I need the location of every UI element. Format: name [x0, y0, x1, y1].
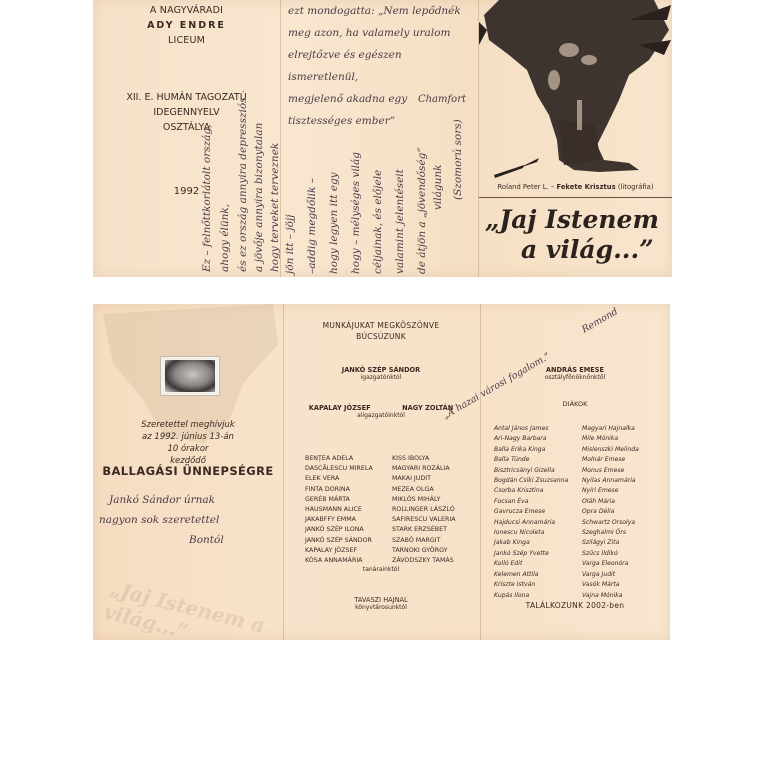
handwritten-note: valamint jelentéseit	[394, 169, 406, 274]
teacher-name: KÓSA ANNAMÁRIA	[305, 556, 388, 566]
class-info: XII. E. HUMÁN TAGOZATÚ IDEGENNYELV OSZTÁ…	[93, 90, 280, 135]
student-name: Balla Tünde	[494, 455, 576, 465]
student-name: Oláh Mária	[582, 497, 664, 507]
class-line-3: OSZTÁLYA	[93, 120, 280, 135]
invitation-inner-sheet: Szeretettel meghívjuk az 1992. június 13…	[93, 304, 670, 640]
dedication-signature: Bontól	[99, 530, 284, 550]
quote-line: meg azon, ha valamely uralom	[288, 22, 468, 44]
director-block: JANKÓ SZÉP SÁNDOR igazgatónktól	[283, 366, 479, 381]
school-line-2: ADY ENDRE	[93, 18, 280, 33]
student-name: Opra Délia	[582, 507, 664, 517]
student-name: Kríszte István	[494, 580, 576, 590]
teacher-name: ELEK VERA	[305, 474, 388, 484]
teacher-name: FINTA DORINA	[305, 485, 388, 495]
graduate-photo	[160, 356, 220, 396]
school-line-1: A NAGYVÁRADI	[93, 3, 280, 18]
invite-line: az 1992. június 13-án	[93, 431, 283, 443]
student-name: Gavrucza Emese	[494, 507, 576, 517]
handwritten-title: „Jaj Istenem a világ...”	[485, 205, 659, 265]
year: 1992	[93, 186, 280, 197]
quote-signature: Chamfort	[418, 94, 466, 105]
invite-line: 10 órakor	[93, 443, 283, 455]
director-name: JANKÓ SZÉP SÁNDOR	[283, 366, 479, 374]
student-name: Csorba Krisztina	[494, 486, 576, 496]
students-panel: Remond ANDRÁS EMESE osztályfőnöknőnktől …	[480, 304, 670, 640]
teacher-name: DASCĂLESCU MIRELA	[305, 464, 388, 474]
student-name: Ari-Nagy Barbara	[494, 434, 576, 444]
cover-school-panel: A NAGYVÁRADI ADY ENDRE LICEUM XII. E. HU…	[93, 0, 280, 277]
student-name: Szilágyi Zita	[582, 538, 664, 548]
artwork-caption: Roland Peter L. – Fekete Krisztus (litog…	[479, 183, 672, 191]
teachers-role: tanárainktól	[283, 566, 479, 573]
librarian-role: könyvtárosunktól	[283, 604, 479, 611]
caption-technique: (litográfia)	[618, 183, 654, 191]
student-name: Jankó Szép Yvette	[494, 549, 576, 559]
invite-line: Szeretettel meghívjuk	[93, 419, 283, 431]
school-name: A NAGYVÁRADI ADY ENDRE LICEUM	[93, 3, 280, 48]
teacher-name: JANKÓ SZÉP ILONA	[305, 525, 388, 535]
student-name: Antal János James	[494, 424, 576, 434]
student-name: Varga Judit	[582, 570, 664, 580]
reunion-note: TALÁLKOZUNK 2002-ben	[480, 601, 670, 610]
student-name: Monus Emese	[582, 466, 664, 476]
event-title: BALLAGÁSI ÜNNEPSÉGRE	[93, 464, 283, 478]
cover-quote-panel: ezt mondogatta: „Nem lepődnék meg azon, …	[280, 0, 478, 277]
student-name: Kupás Ilona	[494, 591, 576, 601]
handwritten-note: de átjön a „jövendőség”	[416, 147, 428, 274]
handwritten-note: hogy – mélységes világ	[350, 152, 362, 274]
quote-line: elrejtőzve és egészen ismeretlenül,	[288, 44, 468, 88]
invitation-text: Szeretettel meghívjuk az 1992. június 13…	[93, 419, 283, 467]
librarian-block: TAVASZI HAJNAL könyvtárosunktól	[283, 596, 479, 611]
bleedthrough-title: „Jaj Istenem a világ...”	[101, 576, 278, 640]
student-name: Szeghalmi Örs	[582, 528, 664, 538]
title-line-1: „Jaj Istenem	[485, 205, 659, 235]
heading-line: BÚCSÚZUNK	[283, 331, 479, 342]
deputy-name: KAPALAY JÓZSEF	[309, 404, 371, 412]
student-name: Schwartz Orsolya	[582, 518, 664, 528]
lithograph-christ-artwork	[479, 0, 672, 180]
caption-title: Fekete Krisztus	[556, 183, 615, 191]
student-name: Focsan Éva	[494, 497, 576, 507]
director-role: igazgatónktól	[283, 374, 479, 381]
student-name: Ionescu Nicoleta	[494, 528, 576, 538]
teacher-name: ZÁVODSZKY TAMÁS	[392, 556, 475, 566]
student-name: Mile Mónika	[582, 434, 664, 444]
portrait-image	[165, 360, 215, 392]
class-teacher-block: ANDRÁS EMESE osztályfőnöknőnktől	[480, 366, 670, 381]
librarian-name: TAVASZI HAJNAL	[283, 596, 479, 604]
student-name: Hajducsi Annamária	[494, 518, 576, 528]
teacher-name: HAUSMANN ALICE	[305, 505, 388, 515]
farewell-heading: MUNKÁJUKAT MEGKÖSZÖNVE BÚCSÚZUNK	[283, 320, 479, 342]
student-name: Nyíri Emese	[582, 486, 664, 496]
caption-divider	[479, 197, 672, 198]
teacher-name: MEZEA OLGA	[392, 485, 475, 495]
teacher-name: JANKÓ SZÉP SÁNDOR	[305, 536, 388, 546]
class-line-1: XII. E. HUMÁN TAGOZATÚ	[93, 90, 280, 105]
handwritten-note: a jövője annyira bizonytalan	[253, 123, 265, 272]
class-teacher-role: osztályfőnöknőnktől	[480, 374, 670, 381]
teachers-list: BENȚEA ADELAKISS IBOLYADASCĂLESCU MIRELA…	[305, 454, 475, 566]
student-name: Varga Eleonóra	[582, 559, 664, 569]
teacher-name: KAPALAY JÓZSEF	[305, 546, 388, 556]
handwritten-note: (Szomorú sors)	[452, 119, 464, 200]
teacher-name: GERÉB MÁRTA	[305, 495, 388, 505]
handwritten-note: jön itt – jöjj	[284, 215, 296, 275]
students-list: Antal János JamesMagyari HajnalkaAri-Nag…	[494, 424, 664, 601]
teacher-name: JAKABFFY EMMA	[305, 515, 388, 525]
teacher-name: KISS IBOLYA	[392, 454, 475, 464]
invitation-panel: Szeretettel meghívjuk az 1992. június 13…	[93, 304, 283, 640]
handwritten-note: hogy legyen itt egy	[328, 172, 340, 274]
dedication-line: Jankó Sándor úrnak	[99, 490, 284, 510]
teacher-name: ROLLINGER LÁSZLÓ	[392, 505, 475, 515]
teacher-name: TARNOKI GYÖRGY	[392, 546, 475, 556]
handwritten-note: világunk	[432, 164, 444, 210]
teacher-name: MAGYARI ROZÁLIA	[392, 464, 475, 474]
student-name: Vasók Márta	[582, 580, 664, 590]
farewell-panel: MUNKÁJUKAT MEGKÖSZÖNVE BÚCSÚZUNK JANKÓ S…	[283, 304, 480, 640]
caption-author: Roland Peter L. –	[498, 183, 555, 191]
student-name: Kelemen Attila	[494, 570, 576, 580]
student-name: Magyari Hajnalka	[582, 424, 664, 434]
handwritten-note: és ez ország annyira depressziós	[237, 97, 249, 272]
handwritten-note: ahogy élünk,	[219, 204, 231, 272]
quote-line: ezt mondogatta: „Nem lepődnék	[288, 0, 468, 22]
teacher-name: MIKLÓS MIHÁLY	[392, 495, 475, 505]
student-name: Kolló Edit	[494, 559, 576, 569]
class-teacher-name: ANDRÁS EMESE	[480, 366, 670, 374]
student-name: Mislenszki Melinda	[582, 445, 664, 455]
dedication-line: nagyon sok szeretettel	[99, 510, 284, 530]
school-line-3: LICEUM	[93, 33, 280, 48]
teacher-name: MAKAI JUDIT	[392, 474, 475, 484]
student-name: Szűcs Ildikó	[582, 549, 664, 559]
student-name: Jakab Kinga	[494, 538, 576, 548]
student-name: Nyilas Annamária	[582, 476, 664, 486]
class-line-2: IDEGENNYELV	[93, 105, 280, 120]
handwritten-quote: ezt mondogatta: „Nem lepődnék meg azon, …	[288, 0, 468, 132]
heading-line: MUNKÁJUKAT MEGKÖSZÖNVE	[283, 320, 479, 331]
handwritten-dedication: Jankó Sándor úrnak nagyon sok szeretette…	[99, 490, 284, 550]
teacher-name: STARK ERZSÉBET	[392, 525, 475, 535]
student-name: Bisztricsányi Gizella	[494, 466, 576, 476]
student-name: Vajna Mónika	[582, 591, 664, 601]
student-name: Bogdán Csiki Zsuzsanna	[494, 476, 576, 486]
handwritten-note: –addig megdőlik –	[306, 178, 318, 274]
student-name: Balla Erika Kinga	[494, 445, 576, 455]
invitation-outer-sheet: A NAGYVÁRADI ADY ENDRE LICEUM XII. E. HU…	[93, 0, 672, 277]
handwritten-signature: Remond	[580, 306, 620, 335]
student-name: Molnár Emese	[582, 455, 664, 465]
teacher-name: SAFIRESCU VALERIA	[392, 515, 475, 525]
handwritten-note: Ez – felnőttkorlátolt ország,	[201, 125, 213, 272]
teacher-name: SZABÓ MARGIT	[392, 536, 475, 546]
title-line-2: a világ...”	[485, 235, 659, 265]
teacher-name: BENȚEA ADELA	[305, 454, 388, 464]
quote-line: tisztességes ember”	[288, 110, 468, 132]
students-heading: DIÁKOK	[480, 400, 670, 408]
handwritten-note: céljainak, és előjele	[372, 170, 384, 274]
cover-artwork-panel: Roland Peter L. – Fekete Krisztus (litog…	[479, 0, 672, 277]
